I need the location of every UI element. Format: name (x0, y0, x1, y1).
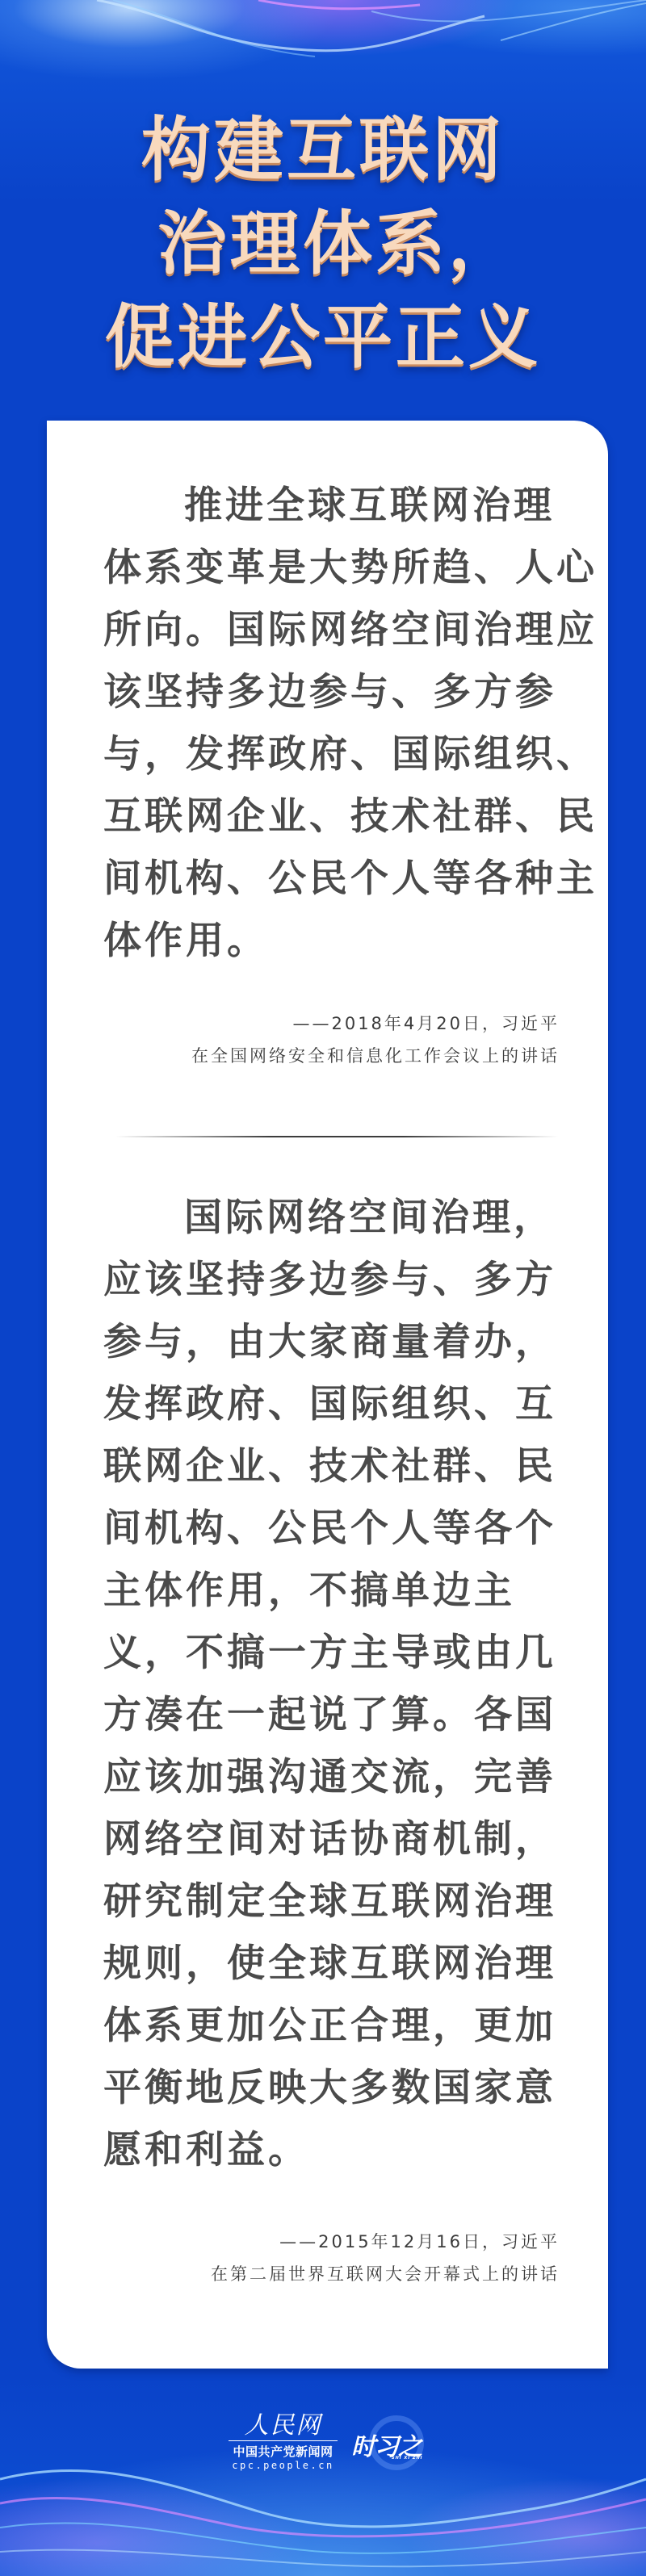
quote-line: 体作用。 (103, 910, 560, 972)
quote-1-citation: ——2018年4月20日，习近平 在全国网络安全和信息化工作会议上的讲话 (191, 1007, 560, 1072)
quote-line: 规则，使全球互联网治理 (103, 1933, 560, 1995)
quote-line: 该坚持多边参与、多方参 (103, 661, 560, 723)
quote-line: 与，发挥政府、国际组织、 (103, 723, 560, 785)
footer-logos: 人民网 中国共产党新闻网 cpc.people.cn 时习之 SHI XI ZH… (229, 2412, 447, 2477)
quote-line: 平衡地反映大多数国家意 (103, 2057, 560, 2119)
quote-line: 应该坚持多边参与、多方 (103, 1249, 560, 1311)
quote-line: 间机构、公民个人等各个 (103, 1497, 560, 1560)
people-logo-url: cpc.people.cn (229, 2460, 338, 2471)
citation-occasion: 在第二届世界互联网大会开幕式上的讲话 (211, 2258, 560, 2290)
quote-line: 愿和利益。 (103, 2119, 560, 2181)
quote-line: 参与，由大家商量着办， (103, 1311, 560, 1373)
quote-line: 间机构、公民个人等各种主 (103, 848, 560, 910)
people-logo-calligraphy: 人民网 (229, 2412, 338, 2441)
quote-line: 网络空间对话协商机制， (103, 1808, 560, 1870)
citation-date-speaker: ——2018年4月20日，习近平 (191, 1007, 560, 1040)
quote-2-citation: ——2015年12月16日，习近平 在第二届世界互联网大会开幕式上的讲话 (211, 2226, 560, 2290)
title-line: 促进公平正义 (0, 291, 646, 384)
quote-line: 义，不搞一方主导或由几 (103, 1622, 560, 1684)
quote-line: 国际网络空间治理， (103, 1187, 560, 1249)
quote-line: 体系变革是大势所趋、人心 (103, 537, 560, 599)
citation-date-speaker: ——2015年12月16日，习近平 (211, 2226, 560, 2258)
quote-line: 主体作用，不搞单边主 (103, 1560, 560, 1622)
people-logo-name: 中国共产党新闻网 (229, 2444, 338, 2460)
people-daily-logo: 人民网 中国共产党新闻网 cpc.people.cn (229, 2412, 338, 2471)
title-line: 构建互联网 (0, 103, 646, 197)
page-title: 构建互联网 治理体系， 促进公平正义 (0, 103, 646, 384)
quote-1-text: 推进全球互联网治理 体系变革是大势所趋、人心 所向。国际网络空间治理应 该坚持多… (103, 475, 560, 972)
quote-line: 研究制定全球互联网治理 (103, 1870, 560, 1933)
quote-line: 发挥政府、国际组织、互 (103, 1373, 560, 1435)
shixizhi-logo: 时习之 SHI XI ZHI (351, 2414, 440, 2475)
section-divider (115, 1136, 558, 1137)
quote-line: 体系更加公正合理，更加 (103, 1995, 560, 2057)
quote-line: 应该加强沟通交流，完善 (103, 1746, 560, 1808)
quote-line: 互联网企业、技术社群、民 (103, 785, 560, 848)
quote-line: 所向。国际网络空间治理应 (103, 599, 560, 661)
quote-2-text: 国际网络空间治理， 应该坚持多边参与、多方 参与，由大家商量着办， 发挥政府、国… (103, 1187, 560, 2181)
quote-card: 推进全球互联网治理 体系变革是大势所趋、人心 所向。国际网络空间治理应 该坚持多… (47, 421, 608, 2369)
shixizhi-logo-pinyin: SHI XI ZHI (392, 2456, 423, 2461)
quote-line: 联网企业、技术社群、民 (103, 1435, 560, 1497)
quote-line: 推进全球互联网治理 (103, 475, 560, 537)
quote-line: 方凑在一起说了算。各国 (103, 1684, 560, 1746)
citation-occasion: 在全国网络安全和信息化工作会议上的讲话 (191, 1040, 560, 1072)
title-line: 治理体系， (0, 197, 646, 291)
